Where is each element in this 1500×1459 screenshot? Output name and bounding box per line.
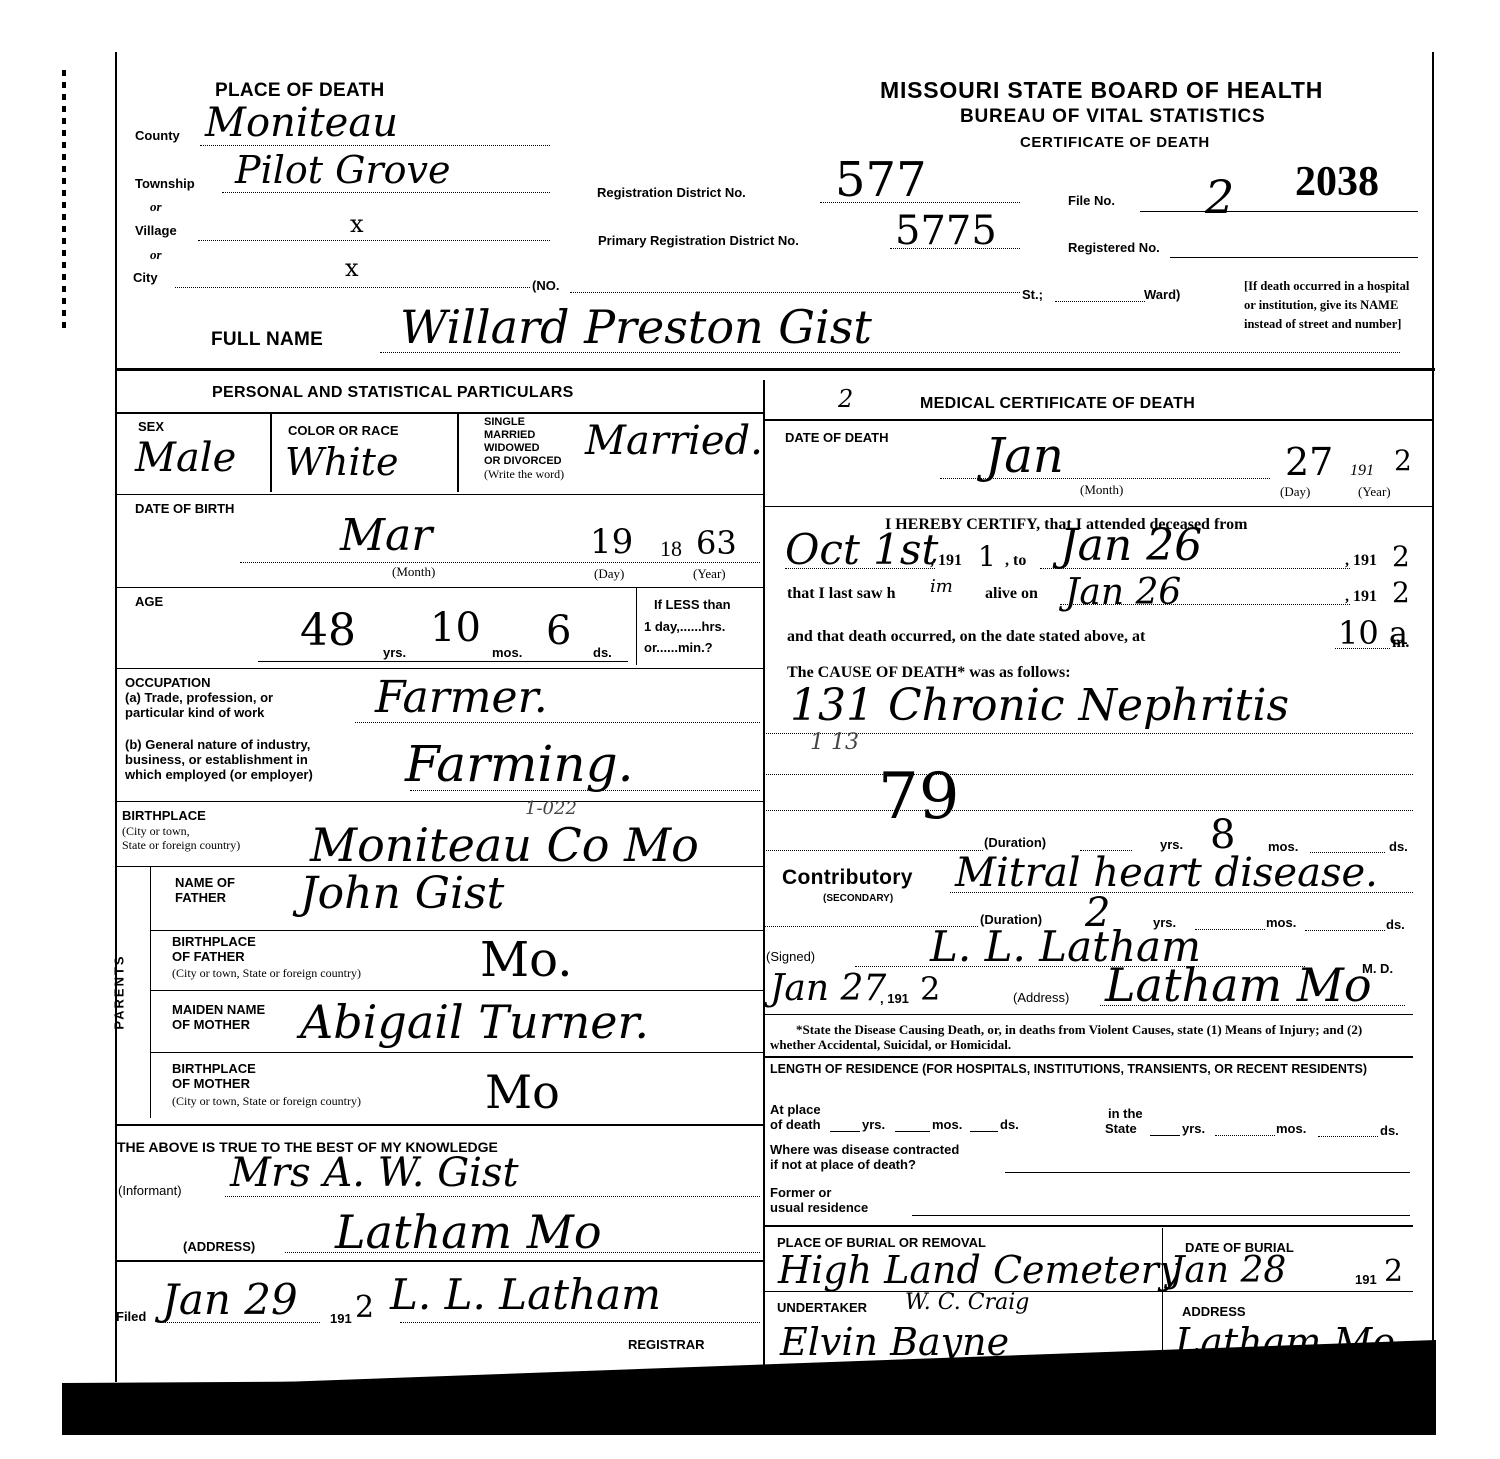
cause-mark: 79 [878,760,959,834]
dob-day-value: 19 [590,522,633,562]
signed-address-value: Latham Mo [1105,958,1372,1012]
village-label: Village [135,224,177,238]
row-line-10 [115,1260,763,1262]
row-line-2 [115,587,763,588]
sex-value: Male [135,435,236,481]
marital-married-label: MARRIED [484,429,564,442]
residence-state-ds: ds. [1380,1124,1399,1138]
medical-row-line-2 [763,1014,1413,1015]
file-no-line [1140,211,1418,212]
former-residence-line [912,1215,1410,1216]
father-bp-label-3: (City or town, State or foreign country) [172,966,361,981]
row-line-4 [115,801,763,802]
board-title: MISSOURI STATE BOARD OF HEALTH [880,77,1323,104]
dod-day-caption: (Day) [1280,484,1310,500]
burial-year-prefix: 191 [1355,1273,1377,1287]
cause-line-2 [763,774,1413,775]
scan-bottom-band [62,1375,1436,1435]
county-label: County [135,129,180,143]
dod-year-caption: (Year) [1358,484,1391,500]
birthplace-annotation: 1-022 [525,798,577,819]
row-line-5 [115,866,763,867]
burial-year-value: 2 [1384,1254,1403,1289]
mother-bp-label-1: BIRTHPLACE [172,1062,256,1076]
informant-label: (Informant) [118,1184,182,1198]
father-bp-value: Mo. [480,932,572,988]
contributory-label: Contributory [782,866,913,890]
cause-line-1 [763,733,1413,734]
filed-label: Filed [116,1310,146,1324]
contributory-line [950,892,1413,893]
street-st-label: St.; [1022,288,1043,302]
age-yrs-label: yrs. [383,646,406,660]
dod-day-value: 27 [1285,440,1333,484]
residence-in-the: in the [1108,1107,1143,1121]
contrib-mos-label: mos. [1266,916,1296,930]
where-contracted-1: Where was disease contracted [770,1143,959,1157]
primary-district-value: 5775 [895,208,997,254]
residence-at-place-2: of death [770,1118,821,1132]
duration-label: (Duration) [984,836,1046,850]
occupation-b-line-2: business, or establishment in [125,753,308,767]
medical-row-line-4 [763,1225,1413,1227]
age-label: AGE [135,595,163,609]
file-no-stamp-value: 2038 [1295,158,1379,206]
race-marital-divider [457,412,459,492]
last-saw-pronoun: im [930,576,953,597]
full-name-label: FULL NAME [211,329,323,351]
death-occurred-text: and that death occurred, on the date sta… [787,628,1145,646]
marital-hint: (Write the word) [484,468,564,481]
duration-lead-line [763,850,983,851]
dod-month-value: Jan [985,428,1064,484]
occupation-title: OCCUPATION [125,676,210,690]
street-line [570,292,1020,293]
former-residence-1: Former or [770,1186,831,1200]
contrib-mos-line [1195,929,1265,930]
residence-place-ds: ds. [1000,1118,1019,1132]
center-divider [763,380,765,1380]
marital-single-label: SINGLE [484,416,564,429]
residence-place-yrs: yrs. [862,1118,885,1132]
file-no-hand-value: 2 [1205,170,1234,224]
father-name-value: John Gist [300,868,504,919]
marital-widowed-label: WIDOWED [484,442,564,455]
county-value: Moniteau [205,100,398,146]
file-no-label: File No. [1068,194,1115,208]
residence-state-ds-line [1318,1136,1378,1137]
last-saw-date: Jan 26 [1065,572,1181,613]
medical-section-title: MEDICAL CERTIFICATE OF DEATH [920,395,1195,413]
registration-district-label: Registration District No. [597,186,746,200]
residence-state-mos-line [1215,1135,1275,1136]
medical-title-line [763,419,1433,421]
primary-district-label: Primary Registration District No. [598,234,799,248]
row-line-9 [115,1124,763,1126]
birthplace-value: Moniteau Co Mo [310,818,699,872]
alive-on-text: alive on [985,585,1038,603]
marital-labels: SINGLE MARRIED WIDOWED OR DIVORCED (Writ… [484,416,564,481]
from-year-prefix: , 191 [930,552,962,570]
right-border [1432,52,1434,1392]
birthplace-title: BIRTHPLACE [122,809,206,823]
age-years-value: 48 [300,605,356,656]
informant-address-value: Latham Mo [335,1205,602,1259]
signed-date-value: Jan 27 [770,968,886,1009]
attended-from-value: Oct 1st [785,525,938,574]
medical-row-line-1 [763,506,1433,507]
signed-year-prefix: , 191 [880,992,909,1006]
birthplace-sub-2: State or foreign country) [122,838,240,853]
race-label: COLOR OR RACE [288,424,399,438]
burial-place-value: High Land Cemetery [778,1248,1180,1292]
dod-year-value: 2 [1394,444,1412,477]
to-label: , to [1005,552,1026,570]
parents-side-label: PARENTS [113,954,127,1029]
residence-title: LENGTH OF RESIDENCE (FOR HOSPITALS, INST… [770,1062,1415,1077]
medical-corner-mark: 2 [838,385,853,413]
mother-bp-label-3: (City or town, State or foreign country) [172,1094,361,1109]
contributory-value: Mitral heart disease. [955,850,1378,896]
village-line [198,240,550,241]
age-ds-label: ds. [593,646,612,660]
scan-margin-marks [62,70,66,330]
age-days-value: 6 [546,608,571,654]
registered-no-label: Registered No. [1068,241,1160,255]
age-months-value: 10 [430,605,481,651]
where-contracted-2: if not at place of death? [770,1158,916,1172]
marital-value: Married. [585,418,763,464]
registered-no-line [1170,257,1418,258]
full-name-value: Willard Preston Gist [400,300,872,354]
undertaker-label: UNDERTAKER [777,1301,867,1315]
or-label-1: or [150,199,162,215]
age-less-divider [636,588,637,665]
sex-race-divider [270,412,272,492]
residence-state-yrs-line [1150,1135,1180,1136]
mother-bp-label-2: OF MOTHER [172,1077,250,1091]
city-line [175,287,530,288]
father-name-label-2: FATHER [175,891,226,905]
last-saw-year-value: 2 [1392,576,1410,609]
dob-year-value: 63 [696,524,737,562]
row-line-3 [115,668,763,669]
residence-place-mos-line [895,1131,930,1132]
undertaker-address-label: ADDRESS [1182,1305,1246,1319]
residence-place-yrs-line [830,1131,860,1132]
attended-to-value: Jan 26 [1060,520,1202,571]
dob-label: DATE OF BIRTH [135,502,234,516]
informant-line [225,1196,760,1197]
dod-month-caption: (Month) [1080,482,1123,498]
residence-at-place-1: At place [770,1103,821,1117]
ward-label: Ward) [1144,288,1180,302]
death-time-suffix: m. [1392,634,1409,652]
dob-month-caption: (Month) [392,564,435,580]
residence-place-ds-line [970,1131,998,1132]
father-name-label-1: NAME OF [175,876,235,890]
to-year-prefix: , 191 [1345,552,1377,570]
residence-state-yrs: yrs. [1182,1122,1205,1136]
where-contracted-line [1005,1172,1410,1173]
left-border [115,52,117,1382]
undertaker-value: Elvin Bayne [780,1320,1009,1364]
burial-date-value: Jan 28 [1170,1250,1286,1291]
father-bp-label-1: BIRTHPLACE [172,935,256,949]
mother-bp-value: Mo [485,1065,560,1119]
dob-day-caption: (Day) [594,566,624,582]
occupation-a-line-2: particular kind of work [125,706,264,720]
dob-year-prefix: 18 [660,536,682,562]
occupation-b-line-3: which employed (or employer) [125,768,313,782]
city-value: x [345,254,359,282]
race-value: White [285,440,398,484]
former-residence-2: usual residence [770,1201,868,1215]
registrar-signature: L. L. Latham [390,1270,661,1319]
cause-annotation: 1 13 [810,730,859,755]
cause-line-3 [763,810,1413,811]
age-line [258,661,628,662]
last-saw-year-prefix: , 191 [1345,588,1377,606]
residence-state: State [1105,1122,1137,1136]
medical-row-line-3 [763,1056,1413,1058]
less-than-line-1: If LESS than [654,598,731,612]
informant-address-label: (ADDRESS) [183,1240,255,1254]
village-value: x [350,210,364,238]
contrib-ds-line [1305,930,1385,931]
to-year-value: 2 [1392,540,1410,573]
age-mos-label: mos. [492,646,522,660]
duration-ds-label: ds. [1389,840,1408,854]
signed-year-value: 2 [920,970,940,1008]
registrar-label: REGISTRAR [628,1338,705,1352]
dod-year-prefix: 191 [1350,462,1374,480]
secondary-label: (SECONDARY) [823,892,893,906]
township-value: Pilot Grove [235,148,450,192]
occupation-b-value: Farming. [405,735,634,793]
contrib-ds-label: ds. [1386,918,1405,932]
signed-label: (Signed) [766,950,815,964]
row-line-8 [150,1052,763,1053]
informant-value: Mrs A. W. Gist [230,1150,519,1196]
mother-name-label-1: MAIDEN NAME [172,1003,265,1017]
last-saw-text: that I last saw h [787,585,895,603]
less-than-line-3: or......min.? [644,641,713,655]
street-no-label: (NO. [532,279,559,293]
certificate-title: CERTIFICATE OF DEATH [1020,134,1210,151]
parents-divider [150,866,151,1118]
residence-state-mos: mos. [1276,1122,1306,1136]
residence-place-mos: mos. [932,1118,962,1132]
dod-label: DATE OF DEATH [785,431,889,445]
row-line-7 [150,990,763,991]
mother-name-label-2: OF MOTHER [172,1018,250,1032]
undertaker-annotation: W. C. Craig [905,1290,1029,1315]
filed-year-prefix: 191 [330,1312,352,1326]
personal-section-title: PERSONAL AND STATISTICAL PARTICULARS [212,384,574,402]
from-year-value: 1 [978,540,996,573]
dob-year-caption: (Year) [693,566,726,582]
cause-value: 131 Chronic Nephritis [790,680,1289,731]
personal-title-line [115,412,763,414]
filed-date-value: Jan 29 [162,1275,298,1324]
cause-footnote: *State the Disease Causing Death, or, in… [770,1022,1410,1052]
row-line-1 [115,494,763,495]
bureau-title: BUREAU OF VITAL STATISTICS [960,106,1265,128]
less-than-line-2: 1 day,......hrs. [644,620,725,634]
dob-line [240,562,760,563]
registration-district-value: 577 [835,152,927,208]
occupation-a-value: Farmer. [375,672,548,723]
father-bp-label-2: OF FATHER [172,950,245,964]
attended-from-line [785,568,935,569]
occupation-b-line-1: (b) General nature of industry, [125,738,310,752]
filed-year-value: 2 [355,1290,374,1325]
undertaker-address-value: Latham Mo [1175,1320,1395,1364]
signed-address-label: (Address) [1013,991,1069,1005]
hospital-note: [If death occurred in a hospital or inst… [1244,277,1424,334]
dob-month-value: Mar [340,510,432,561]
header-divider [115,368,1435,371]
occupation-a-line-1: (a) Trade, profession, or [125,691,273,705]
township-line [222,192,550,193]
registrar-line [400,1322,760,1323]
row-line-6 [150,930,763,931]
or-label-2: or [150,247,162,263]
township-label: Township [135,177,195,191]
place-of-death-title: PLACE OF DEATH [215,80,385,102]
sex-label: SEX [138,420,164,434]
mother-name-value: Abigail Turner. [300,995,649,1049]
city-label: City [133,271,158,285]
ward-line [1055,301,1145,302]
birthplace-sub-1: (City or town, [122,824,190,839]
burial-row-line [763,1291,1413,1292]
